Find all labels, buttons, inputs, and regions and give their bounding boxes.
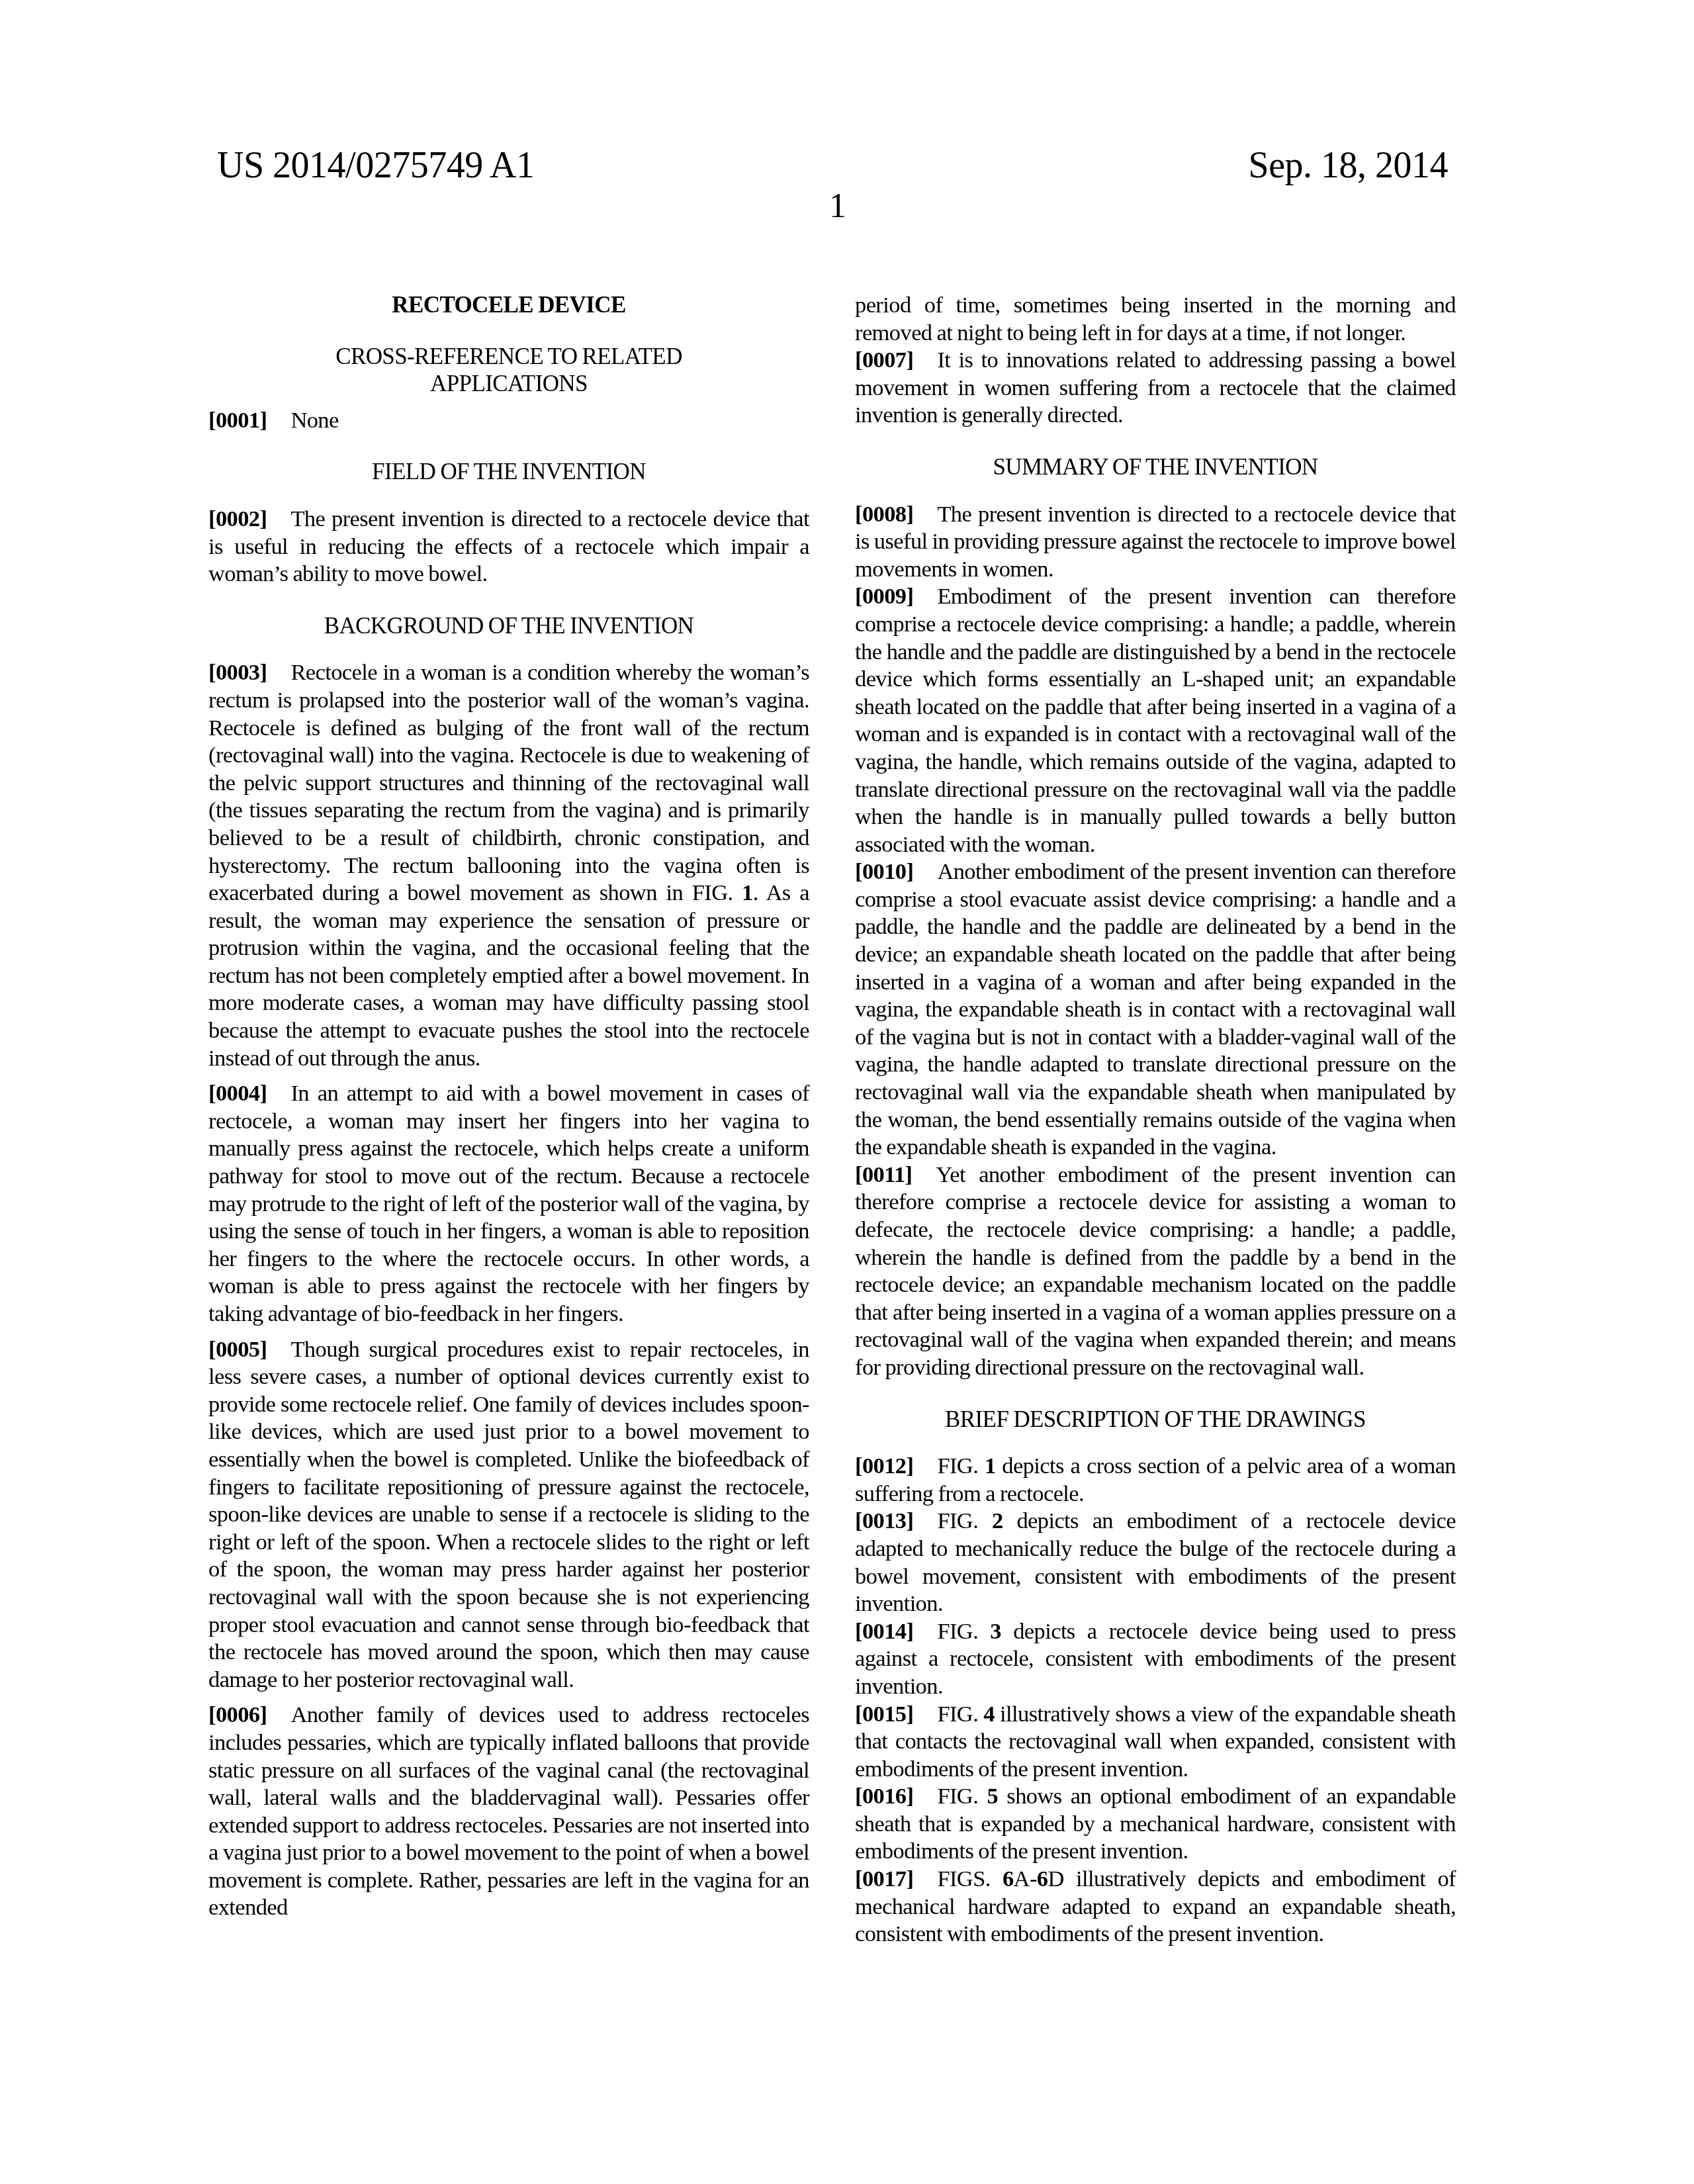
publication-number: US 2014/0275749 A1 [217, 144, 535, 187]
paragraph-0001: [0001]None [208, 407, 809, 435]
paragraph-number: [0011] [855, 1162, 912, 1187]
paragraph-text: The present invention is directed to a r… [208, 506, 809, 586]
paragraph-text: The present invention is directed to a r… [855, 502, 1456, 582]
paragraph-text: . As a result, the woman may experience … [208, 880, 809, 1071]
paragraph-number: [0002] [208, 506, 267, 531]
right-column: period of time, sometimes being inserted… [855, 292, 1456, 1948]
figure-label: A- [1014, 1866, 1037, 1891]
paragraph-number: [0003] [208, 660, 267, 685]
figure-reference: 1 [985, 1453, 996, 1479]
heading-cross-reference: CROSS-REFERENCE TO RELATED APPLICATIONS [208, 343, 809, 398]
paragraph-0009: [0009]Embodiment of the present inventio… [855, 583, 1456, 858]
paragraph-number: [0006] [208, 1702, 267, 1727]
figure-reference: 3 [990, 1619, 1001, 1644]
paragraph-0005: [0005]Though surgical procedures exist t… [208, 1336, 809, 1694]
figure-label: FIG. [937, 1453, 985, 1479]
figure-reference: 1 [742, 880, 753, 905]
paragraph-0004: [0004]In an attempt to aid with a bowel … [208, 1080, 809, 1328]
figure-reference: 5 [987, 1784, 998, 1809]
heading-drawings: BRIEF DESCRIPTION OF THE DRAWINGS [855, 1406, 1456, 1433]
figure-label: FIG. [937, 1784, 987, 1809]
paragraph-text: Though surgical procedures exist to repa… [208, 1337, 809, 1692]
paragraph-number: [0008] [855, 502, 913, 527]
paragraph-text: Yet another embodiment of the present in… [855, 1162, 1456, 1380]
paragraph-number: [0012] [855, 1453, 913, 1479]
paragraph-0007: [0007]It is to innovations related to ad… [855, 347, 1456, 430]
page-number: 1 [825, 187, 851, 226]
figure-reference: 2 [992, 1508, 1003, 1533]
document-title: RECTOCELE DEVICE [208, 291, 809, 319]
paragraph-number: [0005] [208, 1337, 267, 1362]
heading-summary: SUMMARY OF THE INVENTION [855, 453, 1456, 481]
figure-reference: 6 [1037, 1866, 1048, 1891]
paragraph-text: Another family of devices used to addres… [208, 1702, 809, 1920]
left-column: RECTOCELE DEVICE CROSS-REFERENCE TO RELA… [208, 291, 809, 1922]
paragraph-number: [0001] [208, 408, 267, 433]
paragraph-text: Rectocele in a woman is a condition wher… [208, 660, 809, 905]
paragraph-text: In an attempt to aid with a bowel moveme… [208, 1081, 809, 1326]
figure-reference: 4 [983, 1702, 995, 1727]
paragraph-number: [0009] [855, 584, 913, 609]
paragraph-number: [0017] [855, 1866, 913, 1891]
publication-date: Sep. 18, 2014 [1249, 144, 1449, 187]
paragraph-number: [0010] [855, 859, 913, 884]
paragraph-number: [0013] [855, 1508, 913, 1533]
paragraph-number: [0015] [855, 1702, 913, 1727]
paragraph-0003: [0003]Rectocele in a woman is a conditio… [208, 659, 809, 1072]
paragraph-0015: [0015]FIG. 4 illustratively shows a view… [855, 1701, 1456, 1784]
paragraph-0017: [0017]FIGS. 6A-6D illustratively depicts… [855, 1866, 1456, 1948]
paragraph-text: Another embodiment of the present invent… [855, 859, 1456, 1160]
paragraph-0010: [0010]Another embodiment of the present … [855, 858, 1456, 1161]
heading-field: FIELD OF THE INVENTION [208, 458, 809, 486]
paragraph-number: [0014] [855, 1619, 913, 1644]
figure-reference: 6 [1003, 1866, 1014, 1891]
paragraph-number: [0004] [208, 1081, 267, 1106]
paragraph-0012: [0012]FIG. 1 depicts a cross section of … [855, 1453, 1456, 1508]
paragraph-0006-continued: period of time, sometimes being inserted… [855, 292, 1456, 347]
paragraph-0002: [0002]The present invention is directed … [208, 506, 809, 588]
paragraph-text: It is to innovations related to addressi… [855, 347, 1456, 428]
paragraph-number: [0007] [855, 347, 913, 373]
heading-background: BACKGROUND OF THE INVENTION [208, 612, 809, 640]
figure-label: FIGS. [937, 1866, 1003, 1891]
paragraph-0011: [0011]Yet another embodiment of the pres… [855, 1161, 1456, 1382]
paragraph-0014: [0014]FIG. 3 depicts a rectocele device … [855, 1618, 1456, 1701]
paragraph-text: None [290, 408, 338, 433]
figure-label: FIG. [937, 1702, 983, 1727]
paragraph-number: [0016] [855, 1784, 913, 1809]
figure-label: FIG. [937, 1508, 992, 1533]
paragraph-0016: [0016]FIG. 5 shows an optional embodimen… [855, 1783, 1456, 1866]
paragraph-0013: [0013]FIG. 2 depicts an embodiment of a … [855, 1508, 1456, 1617]
figure-label: FIG. [937, 1619, 990, 1644]
paragraph-0006: [0006]Another family of devices used to … [208, 1702, 809, 1922]
paragraph-text: Embodiment of the present invention can … [855, 584, 1456, 856]
paragraph-0008: [0008]The present invention is directed … [855, 501, 1456, 584]
